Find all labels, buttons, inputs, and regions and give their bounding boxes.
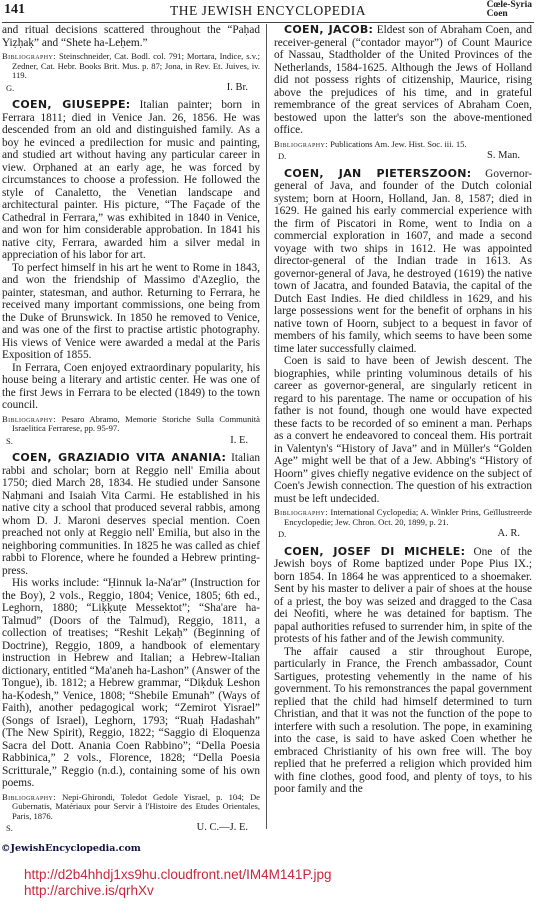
article-text: One of the Jewish boys of Rome baptized …: [274, 546, 532, 646]
bibliography: Bibliography: International Cyclopedia; …: [274, 508, 532, 527]
signature: D.S. Man.: [274, 150, 532, 163]
signature: S.I. E.: [2, 435, 260, 448]
bibliography: Bibliography: Steinschneider, Cat. Bodl.…: [2, 52, 260, 81]
article-paragraph: In Ferrara, Coen enjoyed extraordinary p…: [2, 362, 260, 412]
article-coen-josef: COEN, JOSEF DI MICHELE: One of the Jewis…: [274, 546, 532, 796]
bibliography: Bibliography: Publications Am. Jew. Hist…: [274, 140, 532, 150]
signature-author: I. E.: [230, 435, 248, 448]
signature-initial: D.: [278, 150, 286, 163]
article-coen-graziadio: COEN, GRAZIADIO VITA ANANIA: Italian rab…: [2, 452, 260, 835]
signature-author: U. C.—J. E.: [197, 822, 248, 835]
article-text: Governor-general of Java, and founder of…: [274, 168, 532, 355]
source-link-archive[interactable]: http://archive.is/qrhXv: [24, 883, 331, 899]
bibliography-label: Bibliography:: [2, 792, 56, 802]
signature: S.U. C.—J. E.: [2, 822, 260, 835]
article-heading: COEN, JACOB:: [284, 23, 373, 36]
article-text: Eldest son of Abraham Coen, and receiver…: [274, 24, 532, 136]
article-heading: COEN, GIUSEPPE:: [12, 98, 131, 111]
continuation-text: and ritual decisions scattered throughou…: [2, 24, 260, 49]
catchwords: Cœle-Syria Coen: [487, 1, 532, 19]
signature-initial: D.: [278, 528, 286, 541]
bibliography: Bibliography: Pesaro Abramo, Memorie Sto…: [2, 415, 260, 434]
article-text: Italian painter; born in Ferrara 1811; d…: [2, 99, 260, 261]
signature-initial: G.: [6, 82, 14, 95]
article-paragraph: Coen is said to have been of Jewish desc…: [274, 355, 532, 505]
bibliography-label: Bibliography:: [2, 414, 56, 424]
left-column: and ritual decisions scattered throughou…: [2, 24, 260, 840]
source-link-image[interactable]: http://d2b4hhdj1xs9hu.cloudfront.net/IM4…: [24, 867, 331, 883]
article-coen-giuseppe: COEN, GIUSEPPE: Italian painter; born in…: [2, 99, 260, 447]
article-paragraph: His works include: “Ḥinnuk la-Na'ar” (In…: [2, 577, 260, 790]
copyright-notice: ©JewishEncyclopedia.com: [1, 843, 141, 854]
bibliography-text: Publications Am. Jew. Hist. Soc. iii. 15…: [328, 139, 467, 149]
signature-author: A. R.: [498, 528, 520, 541]
running-title: THE JEWISH ENCYCLOPEDIA: [0, 3, 536, 19]
signature: G.I. Br.: [2, 82, 260, 95]
article-paragraph: The affair caused a stir throughout Euro…: [274, 646, 532, 796]
bibliography-label: Bibliography:: [274, 139, 328, 149]
bibliography-label: Bibliography:: [2, 51, 56, 61]
article-coen-jan-pieterszoon: COEN, JAN PIETERSZOON: Governor-general …: [274, 168, 532, 541]
article-heading: COEN, JAN PIETERSZOON:: [284, 167, 471, 180]
article-text: Italian rabbi and scholar; born at Reggi…: [2, 452, 260, 577]
bibliography: Bibliography: Nepi-Ghirondi, Toledot Ged…: [2, 793, 260, 822]
header-rule: [2, 22, 534, 23]
right-column: COEN, JACOB: Eldest son of Abraham Coen,…: [274, 24, 532, 796]
article-heading: COEN, GRAZIADIO VITA ANANIA:: [12, 451, 226, 464]
page-header: 141 THE JEWISH ENCYCLOPEDIA Cœle-Syria C…: [0, 0, 536, 22]
article-paragraph: To perfect himself in his art he went to…: [2, 262, 260, 362]
article-heading: COEN, JOSEF DI MICHELE:: [284, 545, 465, 558]
source-links: http://d2b4hhdj1xs9hu.cloudfront.net/IM4…: [24, 867, 331, 899]
signature: D.A. R.: [274, 528, 532, 541]
bibliography-label: Bibliography:: [274, 507, 328, 517]
article-coen-jacob: COEN, JACOB: Eldest son of Abraham Coen,…: [274, 24, 532, 163]
signature-author: I. Br.: [227, 82, 248, 95]
signature-initial: S.: [6, 435, 13, 448]
signature-author: S. Man.: [487, 150, 520, 163]
signature-initial: S.: [6, 822, 13, 835]
catchword-last: Coen: [487, 10, 532, 19]
column-divider: [266, 24, 267, 829]
